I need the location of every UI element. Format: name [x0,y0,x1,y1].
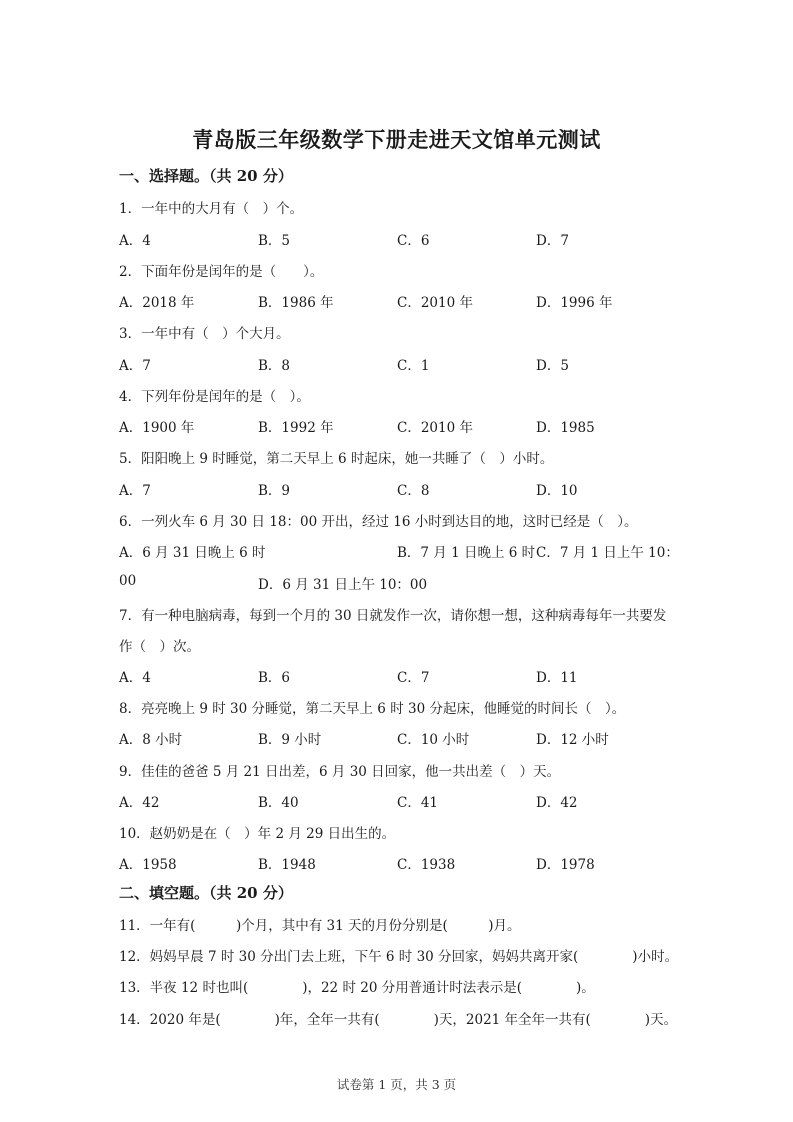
question-1-options: A．4 B．5 C．6 D．7 [119,229,719,249]
option-c: C．2010 年 [397,416,473,436]
option-b: B．9 小时 [258,728,321,748]
question-12: 12．妈妈早晨 7 时 30 分出门去上班，下午 6 时 30 分回家，妈妈共离… [119,945,678,965]
option-b: B．9 [258,479,290,499]
question-7-cont: 作（ ）次。 [119,635,200,655]
question-5-options: A．7 B．9 C．8 D．10 [119,479,719,499]
option-d: D．1985 [536,416,595,436]
question-2: 2．下面年份是闰年的是（ ）。 [119,260,323,280]
page-title: 青岛版三年级数学下册走进天文馆单元测试 [0,124,793,154]
option-b: B．6 [258,666,290,686]
question-7: 7．有一种电脑病毒，每到一个月的 30 日就发作一次，请你想一想，这种病毒每年一… [119,604,666,624]
question-10: 10．赵奶奶是在（ ）年 2 月 29 日出生的。 [119,822,395,842]
option-b: B．7 月 1 日晚上 6 时 [397,541,535,561]
page-footer: 试卷第 1 页，共 3 页 [0,1075,793,1093]
option-b: B．8 [258,354,290,374]
question-6-options: A．6 月 31 日晚上 6 时 B．7 月 1 日晚上 6 时 C．7 月 1… [119,541,719,561]
option-a: A．6 月 31 日晚上 6 时 [119,541,266,561]
question-8-options: A．8 小时 B．9 小时 C．10 小时 D．12 小时 [119,728,719,748]
option-d: D．6 月 31 日上午 10：00 [258,573,427,593]
question-9: 9．佳佳的爸爸 5 月 21 日出差，6 月 30 日回家，他一共出差（ ）天。 [119,760,560,780]
question-10-options: A．1958 B．1948 C．1938 D．1978 [119,853,719,873]
question-5: 5．阳阳晚上 9 时睡觉，第二天早上 6 时起床，她一共睡了（ ）小时。 [119,447,553,467]
option-a: A．42 [119,791,159,811]
option-a: A．4 [119,666,151,686]
question-8: 8．亮亮晚上 9 时 30 分睡觉，第二天早上 6 时 30 分起床，他睡觉的时… [119,697,625,717]
option-a: A．1900 年 [119,416,194,436]
question-13: 13．半夜 12 时也叫( )，22 时 20 分用普通计时法表示是( )。 [119,976,595,996]
option-a: A．4 [119,229,151,249]
option-a: A．7 [119,354,151,374]
question-4: 4．下列年份是闰年的是（ ）。 [119,385,310,405]
option-b: B．1986 年 [258,291,334,311]
option-a: A．7 [119,479,151,499]
question-9-options: A．42 B．40 C．41 D．42 [119,791,719,811]
option-a: A．2018 年 [119,291,194,311]
option-d: D．1978 [536,853,595,873]
question-4-options: A．1900 年 B．1992 年 C．2010 年 D．1985 [119,416,719,436]
option-d: D．42 [536,791,578,811]
option-c: C．41 [397,791,438,811]
option-b: B．1992 年 [258,416,334,436]
option-d: D．1996 年 [536,291,612,311]
option-c: C．8 [397,479,429,499]
option-c: C．2010 年 [397,291,473,311]
section-heading-fill: 二、填空题。（共 20 分） [119,882,293,903]
question-1: 1．一年中的大月有（ ）个。 [119,197,303,217]
question-7-options: A．4 B．6 C．7 D．11 [119,666,719,686]
option-b: B．1948 [258,853,316,873]
question-3-options: A．7 B．8 C．1 D．5 [119,354,719,374]
option-c: C．7 [397,666,429,686]
question-14: 14．2020 年是( )年，全年一共有( )天，2021 年全年一共有( )天… [119,1008,677,1028]
option-b: B．5 [258,229,290,249]
question-11: 11．一年有( )个月，其中有 31 天的月份分别是( )月。 [119,914,521,934]
option-d: D．12 小时 [536,728,609,748]
option-c: C．1 [397,354,429,374]
option-c-cont: 00 [119,573,136,589]
section-heading-choice: 一、选择题。（共 20 分） [119,165,293,186]
option-d: D．11 [536,666,578,686]
option-a: A．1958 [119,853,177,873]
question-6-options-cont: 00 D．6 月 31 日上午 10：00 [119,573,719,593]
option-c: C．7 月 1 日上午 10： [536,541,679,561]
question-3: 3．一年中有（ ）个大月。 [119,322,290,342]
question-6: 6．一列火车 6 月 30 日 18：00 开出，经过 16 小时到达目的地，这… [119,510,637,530]
option-b: B．40 [258,791,299,811]
option-c: C．1938 [397,853,455,873]
option-d: D．5 [536,354,569,374]
question-2-options: A．2018 年 B．1986 年 C．2010 年 D．1996 年 [119,291,719,311]
option-c: C．6 [397,229,429,249]
option-a: A．8 小时 [119,728,182,748]
option-c: C．10 小时 [397,728,469,748]
option-d: D．10 [536,479,578,499]
option-d: D．7 [536,229,569,249]
